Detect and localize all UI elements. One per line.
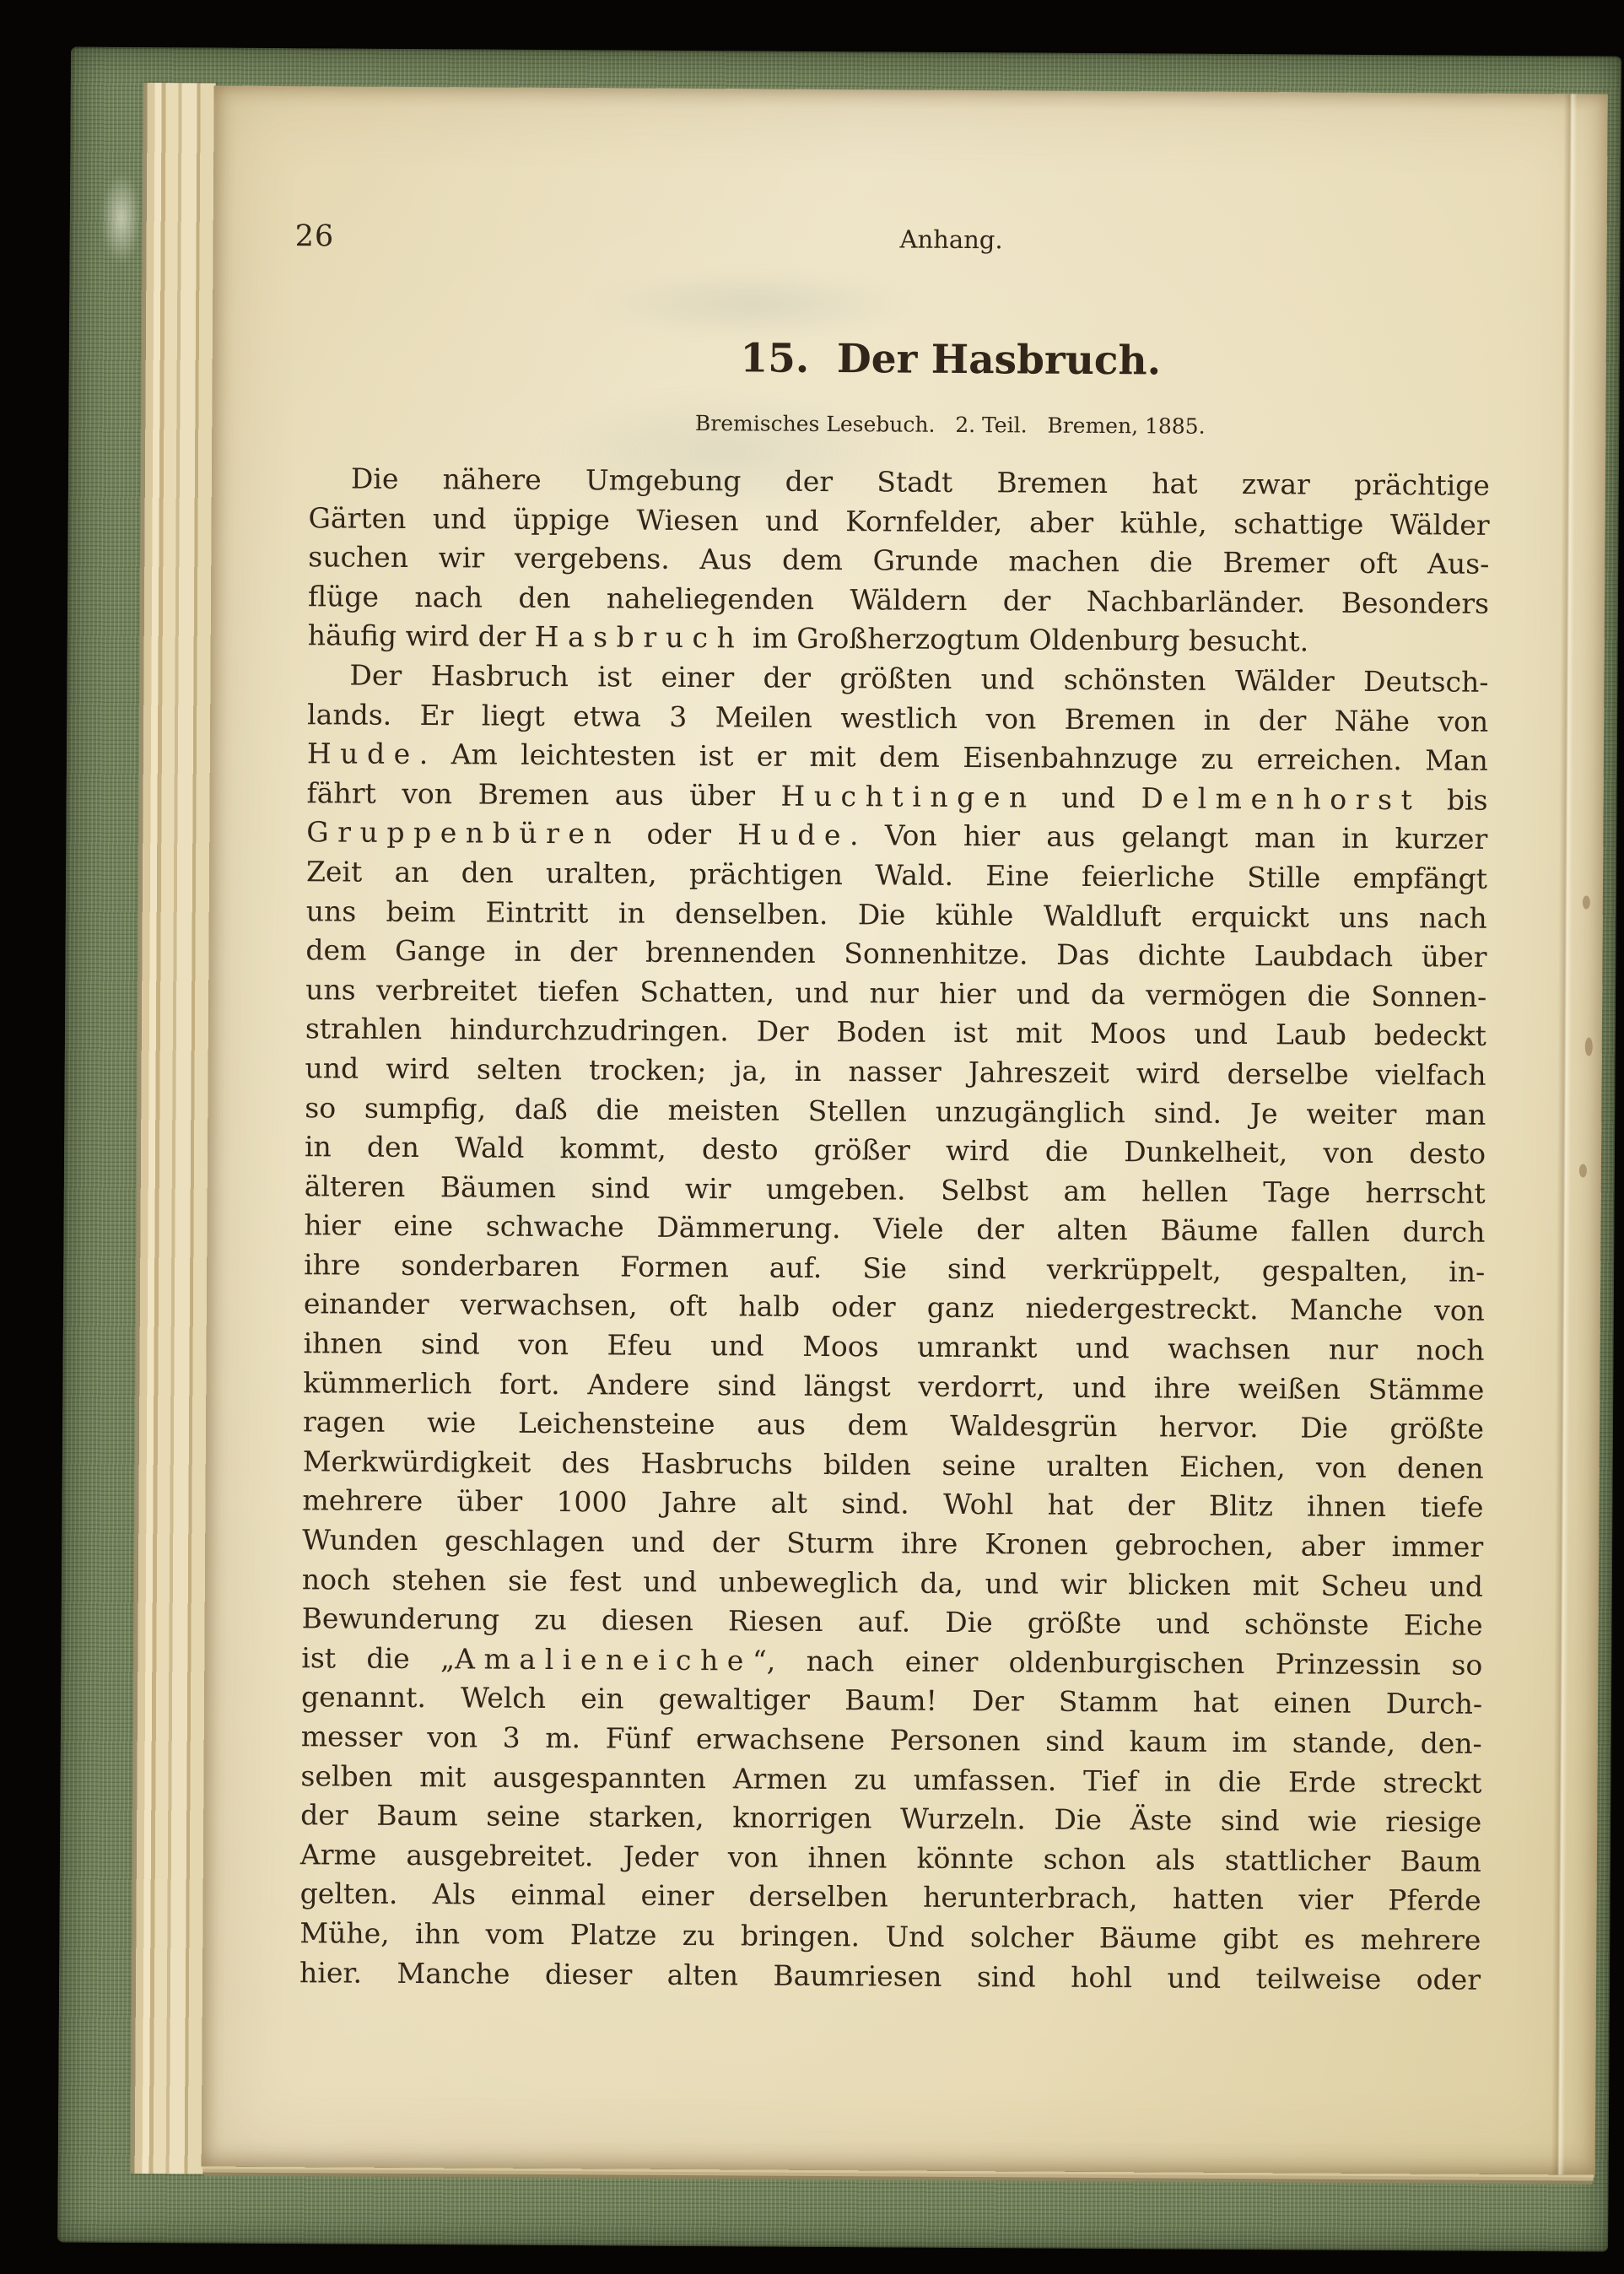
text-line: Merkwürdigkeit des Hasbruchs bilden sein… [303,1442,1484,1488]
text-segment: messer von 3 m. Fünf erwachsene Personen… [301,1720,1482,1760]
text-line: Zeit an den uralten, prächtigen Wald. Ei… [306,852,1487,899]
book-page: 26 Anhang. 15. Der Hasbruch. Bremisches … [202,86,1608,2175]
text-segment: genannt. Welch ein gewaltiger Baum! Der … [301,1681,1482,1721]
letterspaced-word: Delmenhorst [1141,781,1421,816]
text-segment: und [1036,781,1141,814]
text-line: ihnen sind von Efeu und Moos umrankt und… [303,1324,1484,1370]
letterspaced-word: Gruppenbüren [306,816,620,851]
text-segment: häufig wird der [308,619,535,654]
letterspaced-word: Hude [737,818,850,852]
text-line: kümmerlich fort. Andere sind längst verd… [303,1364,1484,1410]
text-segment: Merkwürdigkeit des Hasbruchs bilden sein… [303,1445,1484,1485]
text-segment: so sumpfig, daß die meisten Stellen unzu… [305,1091,1486,1132]
text-line: uns verbreitet tiefen Schatten, und nur … [305,970,1486,1017]
text-segment: Arme ausgebreitet. Jeder von ihnen könnt… [300,1838,1481,1878]
article-body: Die nähere Umgebung der Stadt Bremen hat… [299,459,1490,2000]
text-line: Arme ausgebreitet. Jeder von ihnen könnt… [300,1835,1481,1882]
text-segment: hier eine schwache Dämmerung. Viele der … [304,1209,1485,1250]
article-source: Bremisches Lesebuch. 2. Teil. Bremen, 18… [359,409,1540,441]
text-segment: suchen wir vergebens. Aus dem Grunde mac… [308,540,1489,581]
text-line: gelten. Als einmal einer derselben herun… [300,1875,1481,1921]
text-segment: und wird selten trocken; ja, in nasser J… [305,1051,1486,1092]
text-segment: einander verwachsen, oft halb oder ganz … [304,1288,1485,1328]
text-segment: dem Gange in der brennenden Sonnenhitze.… [305,933,1486,974]
text-segment: Der Hasbruch ist einer der größten und s… [349,659,1488,699]
text-segment: uns beim Eintritt in denselben. Die kühl… [306,894,1487,935]
text-segment: mehrere über 1000 Jahre alt sind. Wohl h… [302,1484,1483,1525]
text-line: genannt. Welch ein gewaltiger Baum! Der … [301,1678,1482,1725]
text-line: älteren Bäumen sind wir umgeben. Selbst … [305,1167,1486,1213]
text-line: mehrere über 1000 Jahre alt sind. Wohl h… [302,1482,1483,1528]
text-line: der Baum seine starken, knorrigen Wurzel… [300,1796,1481,1842]
text-line: in den Wald kommt, desto größer wird die… [305,1127,1486,1174]
text-segment: gelten. Als einmal einer derselben herun… [300,1877,1481,1918]
text-line: so sumpfig, daß die meisten Stellen unzu… [305,1088,1486,1135]
text-line: ragen wie Leichensteine aus dem Waldesgr… [303,1402,1484,1449]
text-segment: . Von hier aus gelangt man in kurzer [850,819,1487,856]
page-edge-mark [1583,895,1590,909]
text-segment: im Großherzogtum Oldenburg besucht. [743,622,1308,658]
text-segment: bis [1421,783,1487,816]
page-edge-mark [1585,1037,1593,1056]
printed-content: 26 Anhang. 15. Der Hasbruch. Bremisches … [299,86,1492,2174]
text-line: lands. Er liegt etwa 3 Meilen westlich v… [307,695,1488,742]
text-segment: Wunden geschlagen und der Sturm ihre Kro… [302,1523,1483,1564]
text-line: häufig wird der Hasbruch im Großherzogtu… [308,617,1489,663]
text-segment: hier. Manche dieser alten Baumriesen sin… [299,1956,1481,1996]
text-line: messer von 3 m. Fünf erwachsene Personen… [301,1717,1482,1764]
text-line: Wunden geschlagen und der Sturm ihre Kro… [302,1521,1483,1567]
text-segment: Die nähere Umgebung der Stadt Bremen hat… [351,462,1490,502]
letterspaced-word: Amalieneiche [455,1642,753,1677]
running-head: Anhang. [361,222,1542,258]
cover-wear-mark [93,155,149,282]
text-line: uns beim Eintritt in denselben. Die kühl… [306,892,1487,938]
text-line: dem Gange in der brennenden Sonnenhitze.… [305,931,1486,977]
text-line: Gruppenbüren oder Hude. Von hier aus gel… [306,813,1487,860]
text-line: hier. Manche dieser alten Baumriesen sin… [299,1953,1481,2000]
text-line: Gärten und üppige Wiesen und Kornfelder,… [308,499,1489,545]
text-segment: ragen wie Leichensteine aus dem Waldesgr… [303,1405,1484,1445]
text-line: fährt von Bremen aus über Huchtingen und… [306,774,1487,820]
text-line: Der Hasbruch ist einer der größten und s… [307,656,1488,702]
text-segment: kümmerlich fort. Andere sind längst verd… [303,1366,1484,1407]
text-segment: . Am leichtesten ist er mit dem Eisenbah… [419,737,1488,777]
text-line: noch stehen sie fest und unbeweglich da,… [302,1560,1483,1607]
book: 26 Anhang. 15. Der Hasbruch. Bremisches … [57,47,1621,2252]
text-segment: fährt von Bremen aus über [306,776,780,812]
text-line: suchen wir vergebens. Aus dem Grunde mac… [308,537,1489,584]
text-line: strahlen hindurchzudringen. Der Boden is… [305,1010,1486,1056]
text-line: selben mit ausgespannten Armen zu umfass… [300,1757,1481,1803]
text-segment: ihnen sind von Efeu und Moos umrankt und… [304,1326,1485,1367]
text-line: Hude. Am leichtesten ist er mit dem Eise… [307,734,1488,781]
text-segment: strahlen hindurchzudringen. Der Boden is… [305,1013,1486,1053]
page-crease [1551,94,1578,2174]
text-segment: “, nach einer oldenburgischen Prinzessin… [753,1644,1483,1681]
text-segment: selben mit ausgespannten Armen zu umfass… [300,1759,1481,1800]
letterspaced-word: Hasbruch [535,620,744,655]
text-segment: flüge nach den naheliegenden Wäldern der… [308,580,1489,620]
text-line: und wird selten trocken; ja, in nasser J… [305,1049,1486,1095]
page-header: 26 Anhang. [310,219,1491,267]
text-line: hier eine schwache Dämmerung. Viele der … [304,1207,1485,1253]
text-segment: in den Wald kommt, desto größer wird die… [305,1130,1486,1170]
page-number: 26 [295,219,335,253]
text-segment: lands. Er liegt etwa 3 Meilen westlich v… [307,698,1488,738]
text-segment: älteren Bäumen sind wir umgeben. Selbst … [305,1169,1486,1210]
text-segment: Mühe, ihn vom Platze zu bringen. Und sol… [299,1916,1481,1957]
text-segment: Zeit an den uralten, prächtigen Wald. Ei… [306,855,1487,895]
article-title: 15. Der Hasbruch. [360,333,1541,387]
scan-background: { "page_header": { "page_number": "26", … [0,0,1624,2274]
text-segment: Gärten und üppige Wiesen und Kornfelder,… [308,501,1489,542]
text-segment: oder [620,818,737,851]
text-segment: ihre sonderbaren Formen auf. Sie sind ve… [304,1248,1485,1288]
text-line: Die nähere Umgebung der Stadt Bremen hat… [309,459,1490,505]
text-segment: Bewunderung zu diesen Riesen auf. Die gr… [302,1602,1483,1642]
text-segment: noch stehen sie fest und unbeweglich da,… [302,1563,1483,1603]
text-line: ihre sonderbaren Formen auf. Sie sind ve… [304,1245,1485,1292]
text-line: einander verwachsen, oft halb oder ganz … [304,1285,1485,1331]
text-segment: ist die „ [301,1641,455,1675]
letterspaced-word: Huchtingen [780,779,1036,813]
text-line: Bewunderung zu diesen Riesen auf. Die gr… [301,1599,1482,1645]
text-line: flüge nach den naheliegenden Wäldern der… [308,577,1489,624]
text-line: ist die „Amalieneiche“, nach einer olden… [301,1639,1482,1685]
text-segment: der Baum seine starken, knorrigen Wurzel… [300,1798,1481,1839]
letterspaced-word: Hude [307,737,419,770]
page-edge-mark [1579,1164,1587,1177]
text-segment: uns verbreitet tiefen Schatten, und nur … [305,973,1486,1013]
text-line: Mühe, ihn vom Platze zu bringen. Und sol… [299,1914,1481,1960]
